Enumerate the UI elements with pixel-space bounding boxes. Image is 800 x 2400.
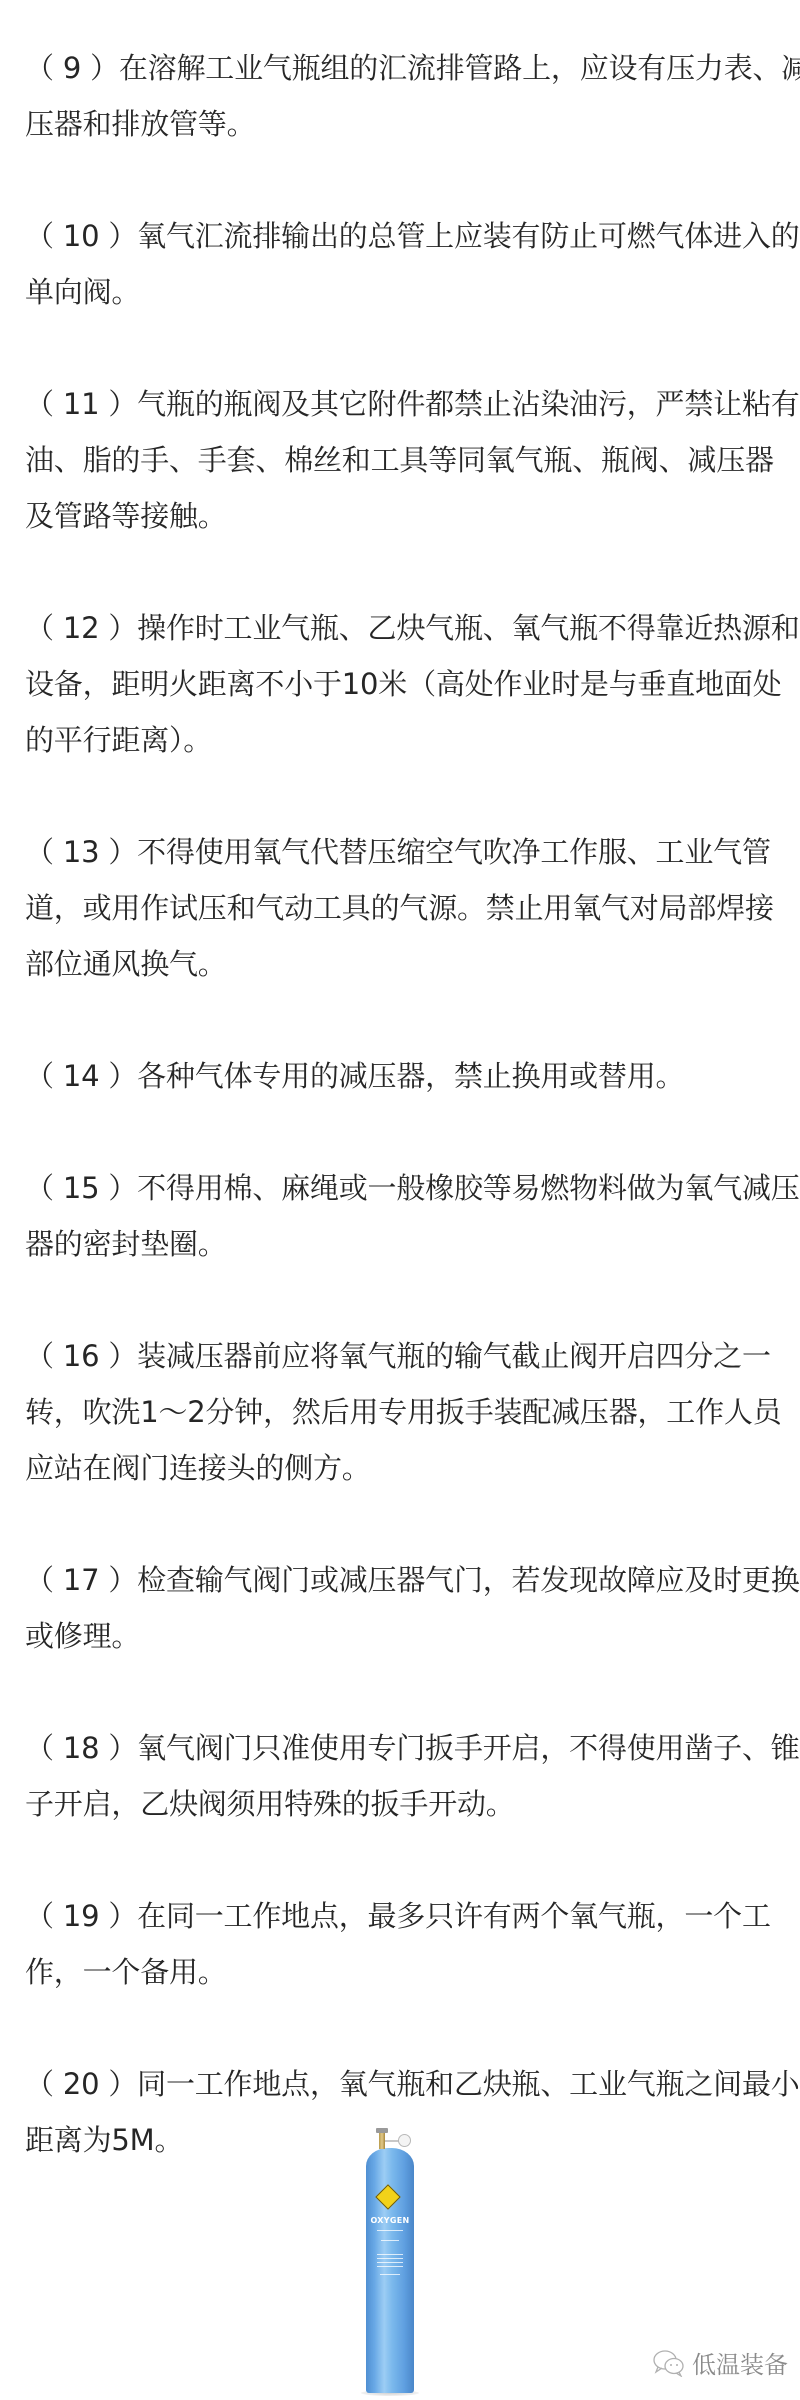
- valve-handwheel-icon: [376, 2128, 388, 2133]
- label-fine-print: [377, 2258, 403, 2259]
- watermark: 低温装备: [652, 2345, 788, 2380]
- label-fine-print: [381, 2240, 399, 2241]
- pressure-gauge-icon: [398, 2134, 411, 2147]
- paragraph-line: 应站在阀门连接头的侧方。: [25, 1440, 785, 1496]
- label-fine-print: [380, 2274, 400, 2275]
- label-fine-print: [377, 2262, 403, 2263]
- paragraph-line: 器的密封垫圈。: [25, 1216, 785, 1272]
- paragraph-line: 压器和排放管等。: [25, 96, 785, 152]
- paragraph-line: 油、脂的手、手套、棉丝和工具等同氧气瓶、瓶阀、减压器: [25, 432, 785, 488]
- wechat-icon: [652, 2349, 686, 2377]
- cylinder-body: [366, 2148, 414, 2393]
- paragraph-line: 单向阀。: [25, 264, 785, 320]
- oxygen-cylinder-image: OXYGEN: [355, 2128, 435, 2398]
- paragraph-line: （ 17 ）检查输气阀门或减压器气门，若发现故障应及时更换: [25, 1552, 785, 1608]
- rule-paragraph-10: （ 10 ）氧气汇流排输出的总管上应装有防止可燃气体进入的 单向阀。: [25, 208, 785, 320]
- paragraph-line: （ 9 ）在溶解工业气瓶组的汇流排管路上，应设有压力表、减: [25, 40, 785, 96]
- paragraph-line: （ 13 ）不得使用氧气代替压缩空气吹净工作服、工业气管: [25, 824, 785, 880]
- paragraph-line: 部位通风换气。: [25, 936, 785, 992]
- paragraph-line: （ 19 ）在同一工作地点，最多只许有两个氧气瓶，一个工: [25, 1888, 785, 1944]
- article-body: （ 9 ）在溶解工业气瓶组的汇流排管路上，应设有压力表、减 压器和排放管等。 （…: [25, 40, 785, 2224]
- label-fine-print: [377, 2230, 403, 2231]
- watermark-text: 低温装备: [692, 2345, 788, 2380]
- rule-paragraph-17: （ 17 ）检查输气阀门或减压器气门，若发现故障应及时更换 或修理。: [25, 1552, 785, 1664]
- paragraph-line: （ 12 ）操作时工业气瓶、乙炔气瓶、氧气瓶不得靠近热源和: [25, 600, 785, 656]
- paragraph-line: 或修理。: [25, 1608, 785, 1664]
- valve-arm: [385, 2140, 399, 2142]
- cylinder-label: OXYGEN: [366, 2216, 414, 2225]
- label-fine-print: [377, 2266, 403, 2267]
- rule-paragraph-16: （ 16 ）装减压器前应将氧气瓶的输气截止阀开启四分之一 转，吹洗1～2分钟，然…: [25, 1328, 785, 1496]
- paragraph-line: （ 14 ）各种气体专用的减压器，禁止换用或替用。: [25, 1048, 785, 1104]
- label-fine-print: [377, 2254, 403, 2255]
- rule-paragraph-12: （ 12 ）操作时工业气瓶、乙炔气瓶、氧气瓶不得靠近热源和 设备，距明火距离不小…: [25, 600, 785, 768]
- paragraph-line: 及管路等接触。: [25, 488, 785, 544]
- paragraph-line: 子开启，乙炔阀须用特殊的扳手开动。: [25, 1776, 785, 1832]
- paragraph-line: 作，一个备用。: [25, 1944, 785, 2000]
- paragraph-line: 的平行距离）。: [25, 712, 785, 768]
- paragraph-line: （ 16 ）装减压器前应将氧气瓶的输气截止阀开启四分之一: [25, 1328, 785, 1384]
- paragraph-line: （ 15 ）不得用棉、麻绳或一般橡胶等易燃物料做为氧气减压: [25, 1160, 785, 1216]
- paragraph-line: （ 20 ）同一工作地点，氧气瓶和乙炔瓶、工业气瓶之间最小: [25, 2056, 785, 2112]
- rule-paragraph-13: （ 13 ）不得使用氧气代替压缩空气吹净工作服、工业气管 道，或用作试压和气动工…: [25, 824, 785, 992]
- paragraph-line: 转，吹洗1～2分钟，然后用专用扳手装配减压器，工作人员: [25, 1384, 785, 1440]
- paragraph-line: （ 10 ）氧气汇流排输出的总管上应装有防止可燃气体进入的: [25, 208, 785, 264]
- rule-paragraph-15: （ 15 ）不得用棉、麻绳或一般橡胶等易燃物料做为氧气减压 器的密封垫圈。: [25, 1160, 785, 1272]
- paragraph-line: （ 11 ）气瓶的瓶阀及其它附件都禁止沾染油污，严禁让粘有: [25, 376, 785, 432]
- paragraph-line: 道，或用作试压和气动工具的气源。禁止用氧气对局部焊接: [25, 880, 785, 936]
- paragraph-line: 设备，距明火距离不小于10米（高处作业时是与垂直地面处: [25, 656, 785, 712]
- rule-paragraph-19: （ 19 ）在同一工作地点，最多只许有两个氧气瓶，一个工 作，一个备用。: [25, 1888, 785, 2000]
- paragraph-line: （ 18 ）氧气阀门只准使用专门扳手开启，不得使用凿子、锥: [25, 1720, 785, 1776]
- rule-paragraph-11: （ 11 ）气瓶的瓶阀及其它附件都禁止沾染油污，严禁让粘有 油、脂的手、手套、棉…: [25, 376, 785, 544]
- rule-paragraph-14: （ 14 ）各种气体专用的减压器，禁止换用或替用。: [25, 1048, 785, 1104]
- rule-paragraph-9: （ 9 ）在溶解工业气瓶组的汇流排管路上，应设有压力表、减 压器和排放管等。: [25, 40, 785, 152]
- rule-paragraph-18: （ 18 ）氧气阀门只准使用专门扳手开启，不得使用凿子、锥 子开启，乙炔阀须用特…: [25, 1720, 785, 1832]
